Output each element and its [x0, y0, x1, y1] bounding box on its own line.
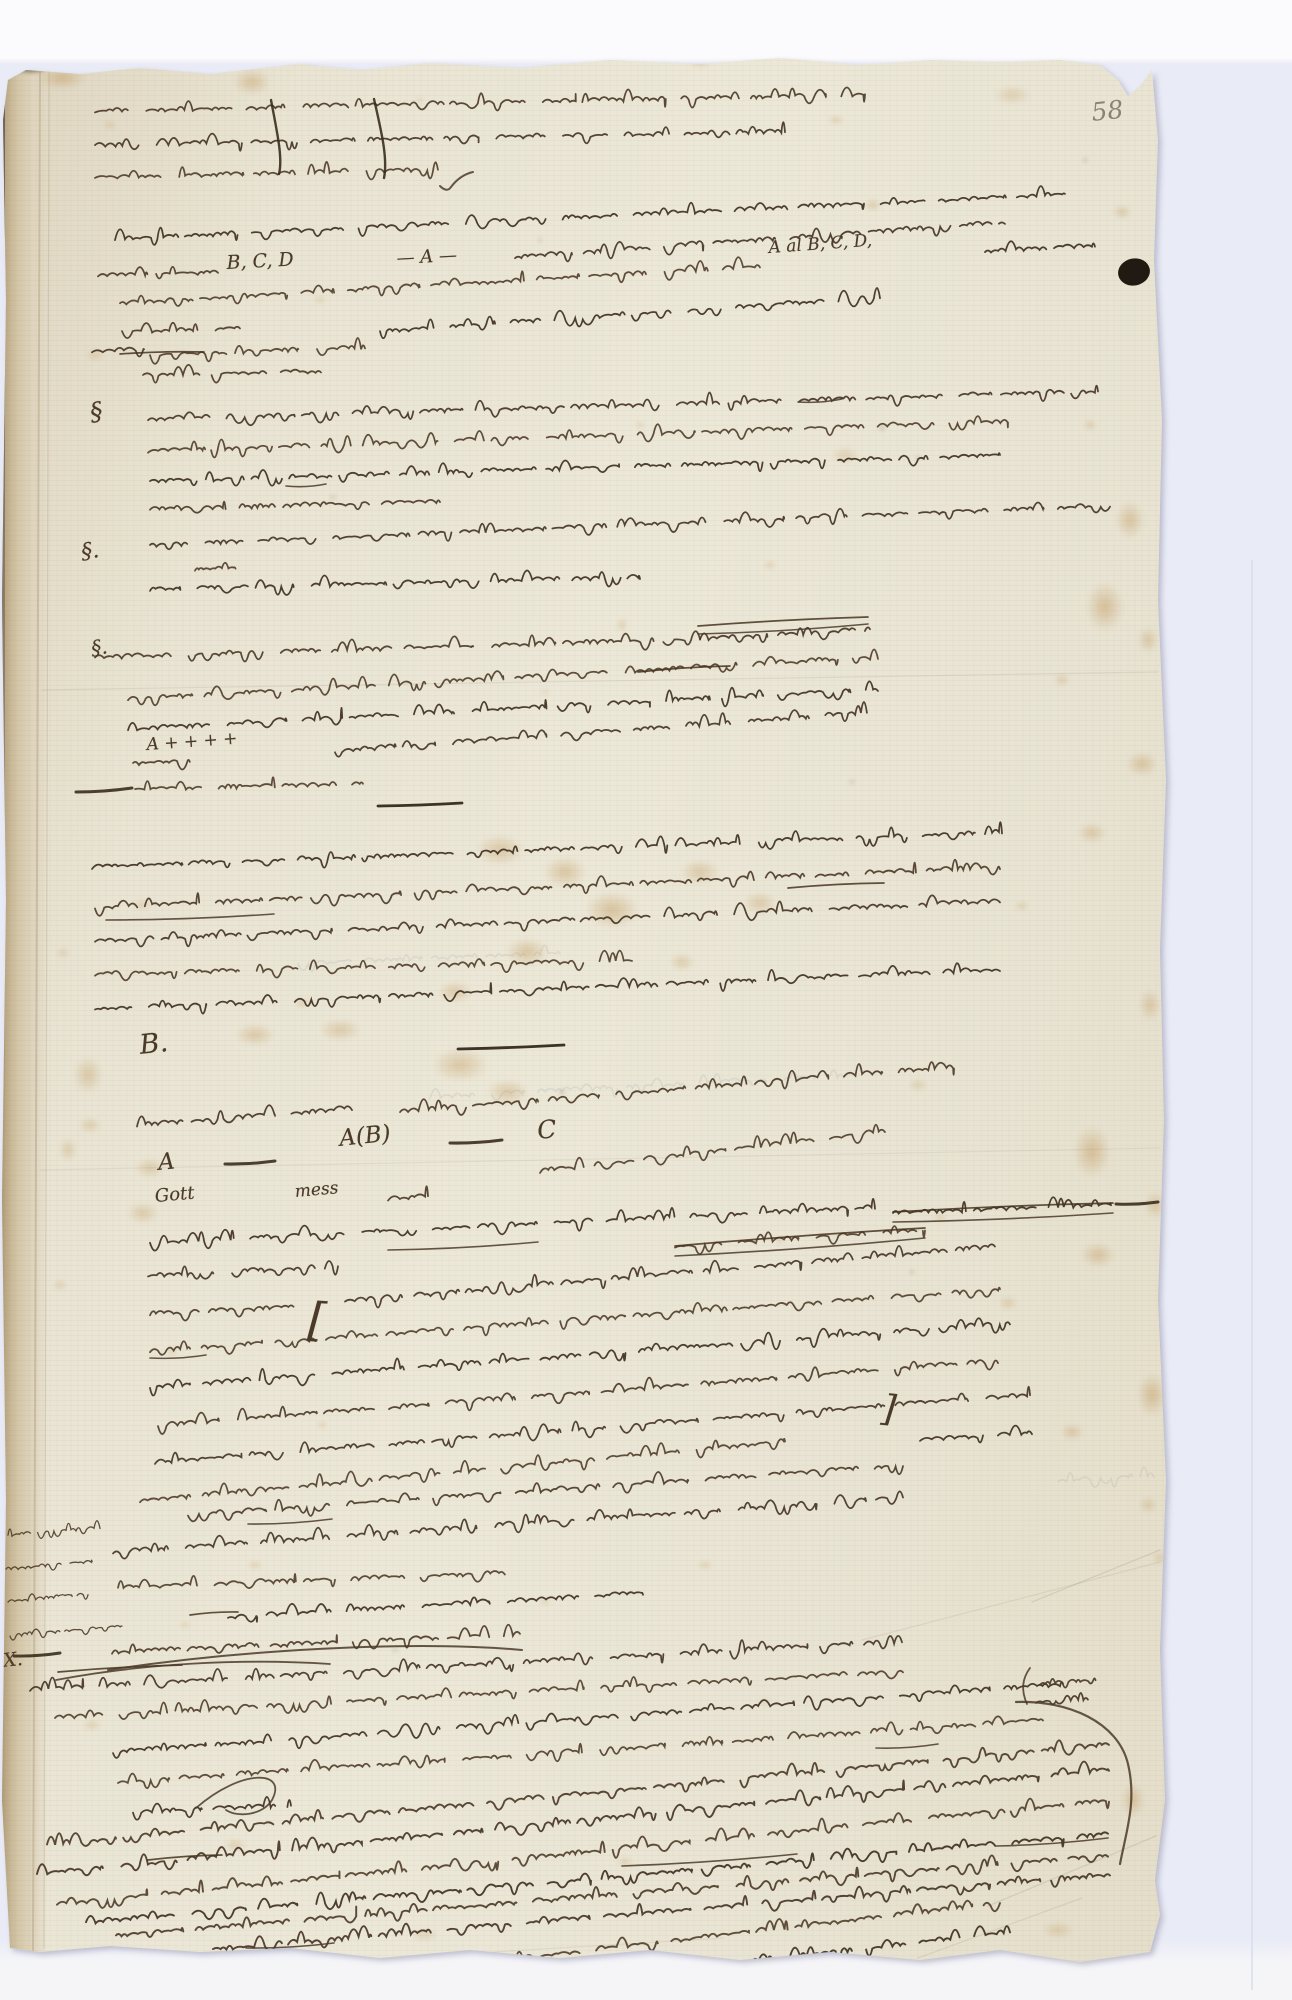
handwriting-line — [140, 1439, 785, 1502]
ink-dash — [76, 788, 132, 792]
handwriting-line — [213, 1874, 1110, 1951]
handwriting-line — [95, 162, 438, 180]
handwriting-ink-layer — [0, 0, 1292, 2000]
token-label-b: B. — [138, 1027, 170, 1061]
ink-strikethrough — [190, 1612, 238, 1615]
token-diagram-c: C — [536, 1114, 558, 1145]
handwriting-line — [115, 186, 1065, 245]
scan-background: B, C, D— A —A al B, C, D,§§.§.A + + + +B… — [0, 0, 1292, 2000]
handwriting-line — [985, 241, 1095, 252]
handwriting-line — [150, 1288, 1000, 1355]
handwriting-line — [150, 1305, 294, 1320]
ink-underline — [876, 1744, 938, 1748]
ink-underline — [622, 1854, 797, 1866]
token-dash-a-dash: — A — — [396, 245, 457, 269]
handwriting-line — [57, 1799, 1109, 1908]
handwriting-line — [920, 1426, 1032, 1443]
handwriting-line — [133, 760, 190, 770]
token-label-gott: Gott — [154, 1183, 195, 1207]
separator-rule — [458, 1045, 564, 1049]
ink-strikethrough — [675, 1228, 925, 1246]
ink-blot-dot — [1116, 255, 1153, 288]
ink-dash — [225, 1161, 275, 1164]
handwriting-line — [188, 1466, 903, 1521]
margin-note-line — [10, 1626, 122, 1640]
token-section-mark-3: §. — [90, 634, 109, 660]
handwriting-line — [37, 1762, 1109, 1876]
token-diagram-ab: A(B) — [338, 1121, 392, 1152]
handwriting-line — [95, 963, 1000, 1013]
handwriting-line — [148, 416, 1008, 457]
handwriting-line — [113, 1491, 903, 1558]
handwriting-line — [95, 122, 785, 151]
handwriting-line — [540, 1125, 885, 1173]
handwriting-line — [86, 1832, 1108, 1923]
handwriting-line — [380, 288, 880, 338]
token-margin-x: X. — [2, 1648, 24, 1672]
ink-underline — [248, 1519, 332, 1524]
handwriting-line — [92, 348, 144, 357]
ink-flourish — [108, 1646, 522, 1670]
handwriting-line — [150, 571, 640, 595]
ink-flourish — [56, 1662, 330, 1680]
handwriting-line — [55, 1671, 903, 1719]
token-bracket-open: [ — [306, 1292, 328, 1347]
bleed-through-ghost-line — [1058, 1467, 1154, 1487]
token-diagram-a: A — [157, 1149, 176, 1176]
ink-underline — [388, 1242, 538, 1250]
handwriting-line — [116, 1855, 1108, 1937]
ink-strikethrough — [788, 883, 884, 888]
handwriting-line — [150, 453, 1000, 486]
handwriting-line — [150, 503, 1110, 550]
handwriting-line — [95, 631, 700, 661]
handwriting-line — [228, 1592, 643, 1622]
ink-strikethrough — [698, 617, 868, 626]
handwriting-line — [400, 1062, 954, 1115]
paper-crease — [33, 68, 40, 1950]
handwriting-line — [150, 1199, 875, 1251]
handwriting-line — [135, 777, 363, 789]
handwriting-line — [148, 386, 1098, 425]
handwriting-line — [95, 88, 865, 113]
margin-note-line — [6, 1560, 92, 1570]
handwriting-line — [195, 563, 236, 571]
handwriting-line — [345, 1244, 995, 1307]
handwriting-line — [137, 1105, 352, 1126]
handwriting-line — [618, 1926, 1010, 1980]
handwriting-line — [143, 365, 321, 383]
ink-underline — [893, 1213, 1113, 1222]
handwriting-line — [92, 822, 1002, 869]
handwriting-line — [158, 1360, 998, 1434]
token-label-mess: mess — [294, 1178, 339, 1202]
margin-note-line — [8, 1594, 88, 1603]
token-section-mark-2: §. — [80, 538, 101, 565]
margin-note-line — [8, 1521, 100, 1539]
ink-underline — [286, 484, 326, 487]
handwriting-line — [95, 951, 632, 981]
ink-flourish — [440, 172, 473, 190]
ink-dash — [450, 1140, 502, 1143]
ink-dash — [1116, 1202, 1158, 1204]
paper-crease — [44, 70, 49, 1948]
ink-underline — [150, 1355, 206, 1358]
handwriting-line — [150, 500, 440, 513]
handwriting-line — [128, 681, 878, 730]
handwriting-line — [122, 323, 240, 338]
ink-strikethrough — [148, 1855, 222, 1860]
handwriting-line — [128, 649, 878, 705]
paper-crease — [40, 1148, 1160, 1170]
handwriting-line — [98, 267, 218, 279]
separator-rule — [378, 803, 462, 806]
handwriting-line — [118, 1571, 505, 1588]
handwriting-line — [388, 1186, 428, 1200]
handwriting-line — [155, 1387, 1030, 1464]
page-number: 58 — [1090, 95, 1125, 127]
handwriting-line — [515, 222, 1005, 262]
handwriting-line — [133, 1797, 291, 1820]
handwriting-line — [148, 1261, 338, 1279]
handwriting-line — [493, 1901, 1000, 1965]
paper-crease — [42, 672, 1158, 690]
token-series-bcd: B, C, D — [226, 248, 294, 273]
ink-underline — [106, 914, 274, 920]
handwriting-line — [150, 1318, 1010, 1395]
paper-crease — [1032, 1550, 1160, 1602]
manuscript-page-wrapper: B, C, D— A —A al B, C, D,§§.§.A + + + +B… — [0, 0, 1292, 2000]
manuscript-page: B, C, D— A —A al B, C, D,§§.§.A + + + +B… — [0, 0, 1292, 2000]
handwriting-line — [47, 1740, 1109, 1846]
handwriting-line — [893, 1197, 1111, 1213]
cancellation-stroke — [271, 100, 280, 174]
bleed-through-ghost-line — [298, 945, 560, 971]
paper-crease — [988, 1836, 1156, 1906]
paper-crease — [862, 1562, 1160, 1640]
